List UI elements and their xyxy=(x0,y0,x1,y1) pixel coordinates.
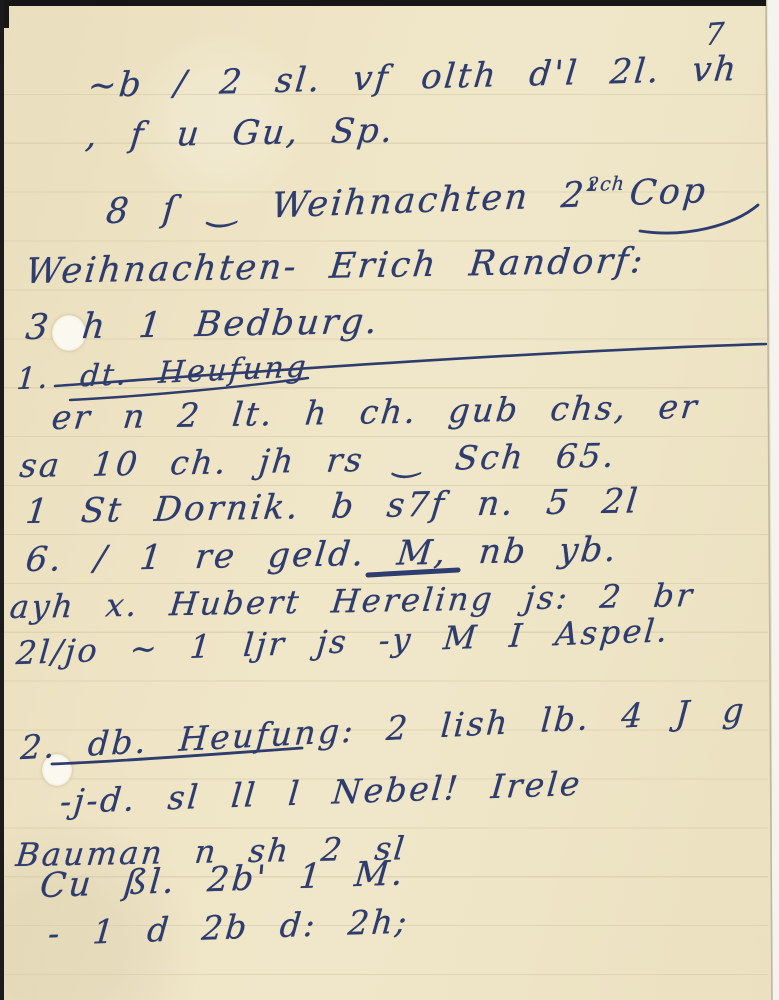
scanned-page: 7 ~b / 2 sl. vf olth d'l 2l. vh , f u Gu… xyxy=(0,0,779,1000)
page-number: 7 xyxy=(704,17,725,54)
scan-edge-left xyxy=(0,0,4,1000)
handwriting-line: , f u Gu, Sp. xyxy=(84,111,397,156)
scan-edge-top xyxy=(0,0,766,6)
handwriting-line: 3 h 1 Bedburg. xyxy=(24,302,382,348)
